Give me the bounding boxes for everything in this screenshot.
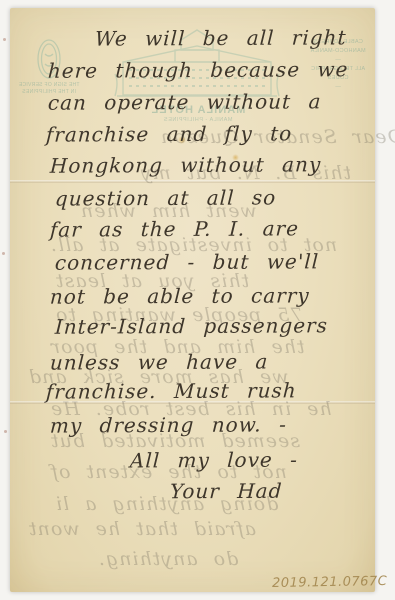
letter-line: unless we have a xyxy=(49,349,269,374)
letter-closing: All my love - xyxy=(129,448,298,473)
letter-line: not be able to carry xyxy=(49,283,310,308)
letter-line: We will be all right xyxy=(94,25,347,50)
letter-line: far as the P. I. are xyxy=(49,216,299,241)
letter-line: concerned - but we'll xyxy=(54,249,319,274)
letter-line: my dressing now. - xyxy=(49,412,287,437)
letter-page: MANILA HOTEL MANILA - PHILIPPINES CABLE … xyxy=(10,8,375,592)
catalog-number: 2019.121.0767C xyxy=(272,574,388,591)
bleedthrough-line: do anything. xyxy=(98,548,238,570)
dust-speck xyxy=(2,252,5,255)
scan-background: MANILA HOTEL MANILA - PHILIPPINES CABLE … xyxy=(0,0,395,600)
letter-line: franchise and fly to xyxy=(45,121,292,146)
letter-line: can operate without a xyxy=(47,89,322,114)
letter-line: question at all so xyxy=(54,185,276,210)
letter-line: Inter-Island passengers xyxy=(54,313,328,338)
letterhead-line: THE SIGN OF SERVICE xyxy=(16,82,82,89)
letter-line: Hongkong without any xyxy=(49,152,321,177)
letter-line: here though because we xyxy=(47,57,349,83)
bleedthrough-line: afraid that he wont xyxy=(28,518,256,540)
letter-line: franchise. Must rush xyxy=(45,378,297,403)
letter-signature: Your Had xyxy=(169,479,283,504)
dust-speck xyxy=(4,430,7,433)
dust-speck xyxy=(3,38,6,41)
